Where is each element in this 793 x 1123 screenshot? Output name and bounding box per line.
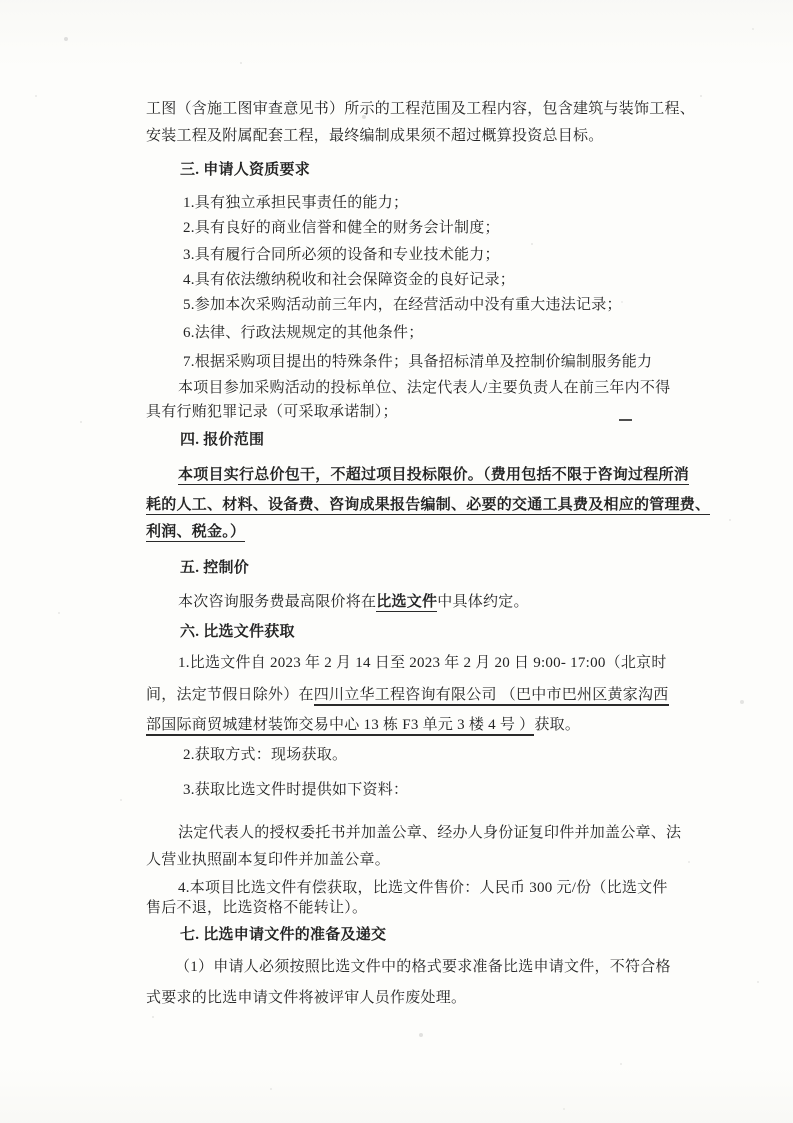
para-fee-line-2: 售后不退，比选资格不能转让）。 bbox=[146, 897, 367, 919]
para-control-price: 本次咨询服务费最高限价将在比选文件中具体约定。 bbox=[178, 591, 529, 613]
text-run: （1）申请人必须按照比选文件中的格式要求准备比选申请文件，不符合格 bbox=[175, 959, 671, 975]
qualification-item-1: 1.具有独立承担民事责任的能力； bbox=[183, 192, 408, 214]
scan-artifact-dash bbox=[619, 419, 632, 421]
text-run: 利润、税金。） bbox=[146, 524, 245, 542]
text-run: 4.具有依法缴纳税收和社会保障资金的良好记录； bbox=[183, 272, 515, 288]
qualification-item-7: 7.根据采购项目提出的特殊条件；具备招标清单及控制价编制服务能力 bbox=[183, 351, 652, 373]
para-obtain-materials-title: 3.获取比选文件时提供如下资料： bbox=[183, 779, 408, 801]
scan-noise-speckles bbox=[0, 0, 2, 2]
para-obtain-line-3: 部国际商贸城建材装饰交易中心 13 栋 F3 单元 3 楼 4 号 ）获取。 bbox=[146, 714, 580, 736]
text-run: 本次咨询服务费最高限价将在 bbox=[178, 594, 376, 610]
qualification-item-3: 3.具有履行合同所必须的设备和专业技术能力； bbox=[183, 244, 500, 266]
text-run: 中具体约定。 bbox=[437, 594, 529, 610]
text-run: 部国际商贸城建材装饰交易中心 13 栋 F3 单元 3 楼 4 号 ） bbox=[146, 717, 534, 736]
text-run: 人营业执照副本复印件并加盖公章。 bbox=[146, 852, 390, 868]
heading-section-6: 六. 比选文件获取 bbox=[180, 621, 295, 643]
text-run: 本项目参加采购活动的投标单位、法定代表人/主要负责人在前三年内不得 bbox=[178, 380, 670, 396]
text-run: 工图（含施工图审查意见书）所示的工程范围及工程内容，包含建筑与装饰工程、 bbox=[146, 101, 695, 117]
text-run: 四川立华工程咨询有限公司 （巴中市巴州区黄家沟西 bbox=[314, 687, 669, 706]
text-run: 6.法律、行政法规规定的其他条件； bbox=[183, 325, 424, 341]
heading-text: 七. 比选申请文件的准备及递交 bbox=[180, 927, 386, 943]
text-run: 比选文件 bbox=[376, 594, 437, 612]
para-no-bribery-line-2: 具有行贿犯罪记录（可采取承诺制）； bbox=[146, 401, 398, 423]
text-run: 1.具有独立承担民事责任的能力； bbox=[183, 195, 408, 211]
text-run: 安装工程及附属配套工程，最终编制成果须不超过概算投资总目标。 bbox=[146, 128, 604, 144]
heading-text: 四. 报价范围 bbox=[180, 432, 264, 448]
heading-text: 五. 控制价 bbox=[180, 560, 249, 576]
heading-section-3: 三. 申请人资质要求 bbox=[180, 159, 310, 181]
para-obtain-line-2: 间，法定节假日除外）在四川立华工程咨询有限公司 （巴中市巴州区黄家沟西 bbox=[146, 684, 669, 706]
text-run: 2.具有良好的商业信誉和健全的财务会计制度； bbox=[183, 220, 500, 236]
text-run: 1.比选文件自 2023 年 2 月 14 日至 2023 年 2 月 20 日… bbox=[178, 655, 667, 671]
para-prepare-line-2: 式要求的比选申请文件将被评审人员作废处理。 bbox=[146, 987, 466, 1009]
para-price-scope-line-3: 利润、税金。） bbox=[146, 521, 245, 543]
para-scope-line-2: 安装工程及附属配套工程，最终编制成果须不超过概算投资总目标。 bbox=[146, 125, 604, 147]
para-materials-line-2: 人营业执照副本复印件并加盖公章。 bbox=[146, 849, 390, 871]
text-run: 耗的人工、材料、设备费、咨询成果报告编制、必要的交通工具费及相应的管理费、 bbox=[146, 497, 710, 515]
qualification-item-2: 2.具有良好的商业信誉和健全的财务会计制度； bbox=[183, 217, 500, 239]
qualification-item-4: 4.具有依法缴纳税收和社会保障资金的良好记录； bbox=[183, 269, 515, 291]
para-no-bribery-line-1: 本项目参加采购活动的投标单位、法定代表人/主要负责人在前三年内不得 bbox=[178, 377, 670, 399]
para-price-scope-line-2: 耗的人工、材料、设备费、咨询成果报告编制、必要的交通工具费及相应的管理费、 bbox=[146, 494, 710, 516]
heading-section-7: 七. 比选申请文件的准备及递交 bbox=[180, 924, 386, 946]
text-run: 2.获取方式：现场获取。 bbox=[183, 747, 347, 763]
qualification-item-5: 5.参加本次采购活动前三年内，在经营活动中没有重大违法记录； bbox=[183, 294, 622, 316]
text-run: 获取。 bbox=[534, 717, 580, 733]
text-run: 3.获取比选文件时提供如下资料： bbox=[183, 782, 408, 798]
text-run: 售后不退，比选资格不能转让）。 bbox=[146, 900, 367, 916]
scanned-document-page: 工图（含施工图审查意见书）所示的工程范围及工程内容，包含建筑与装饰工程、安装工程… bbox=[0, 0, 793, 1123]
para-price-scope-line-1: 本项目实行总价包干，不超过项目投标限价。（费用包括不限于咨询过程所消 bbox=[178, 464, 689, 486]
para-prepare-line-1: （1）申请人必须按照比选文件中的格式要求准备比选申请文件，不符合格 bbox=[175, 956, 671, 978]
text-run: 式要求的比选申请文件将被评审人员作废处理。 bbox=[146, 990, 466, 1006]
heading-text: 三. 申请人资质要求 bbox=[180, 162, 310, 178]
para-fee-line-1: 4.本项目比选文件有偿获取，比选文件售价：人民币 300 元/份（比选文件 bbox=[178, 877, 668, 899]
text-run: 7.根据采购项目提出的特殊条件；具备招标清单及控制价编制服务能力 bbox=[183, 354, 652, 370]
para-materials-line-1: 法定代表人的授权委托书并加盖公章、经办人身份证复印件并加盖公章、法 bbox=[178, 822, 681, 844]
heading-text: 六. 比选文件获取 bbox=[180, 624, 295, 640]
para-scope-line-1: 工图（含施工图审查意见书）所示的工程范围及工程内容，包含建筑与装饰工程、 bbox=[146, 98, 695, 120]
text-run: 间，法定节假日除外）在 bbox=[146, 687, 314, 703]
para-obtain-line-1: 1.比选文件自 2023 年 2 月 14 日至 2023 年 2 月 20 日… bbox=[178, 652, 667, 674]
heading-section-4: 四. 报价范围 bbox=[180, 429, 264, 451]
text-run: 本项目实行总价包干，不超过项目投标限价。（费用包括不限于咨询过程所消 bbox=[178, 467, 689, 485]
heading-section-5: 五. 控制价 bbox=[180, 557, 249, 579]
qualification-item-6: 6.法律、行政法规规定的其他条件； bbox=[183, 322, 424, 344]
text-run: 3.具有履行合同所必须的设备和专业技术能力； bbox=[183, 247, 500, 263]
para-obtain-method: 2.获取方式：现场获取。 bbox=[183, 744, 347, 766]
text-run: 具有行贿犯罪记录（可采取承诺制）； bbox=[146, 404, 398, 420]
text-run: 5.参加本次采购活动前三年内，在经营活动中没有重大违法记录； bbox=[183, 297, 622, 313]
text-run: 4.本项目比选文件有偿获取，比选文件售价：人民币 300 元/份（比选文件 bbox=[178, 880, 668, 896]
text-run: 法定代表人的授权委托书并加盖公章、经办人身份证复印件并加盖公章、法 bbox=[178, 825, 681, 841]
